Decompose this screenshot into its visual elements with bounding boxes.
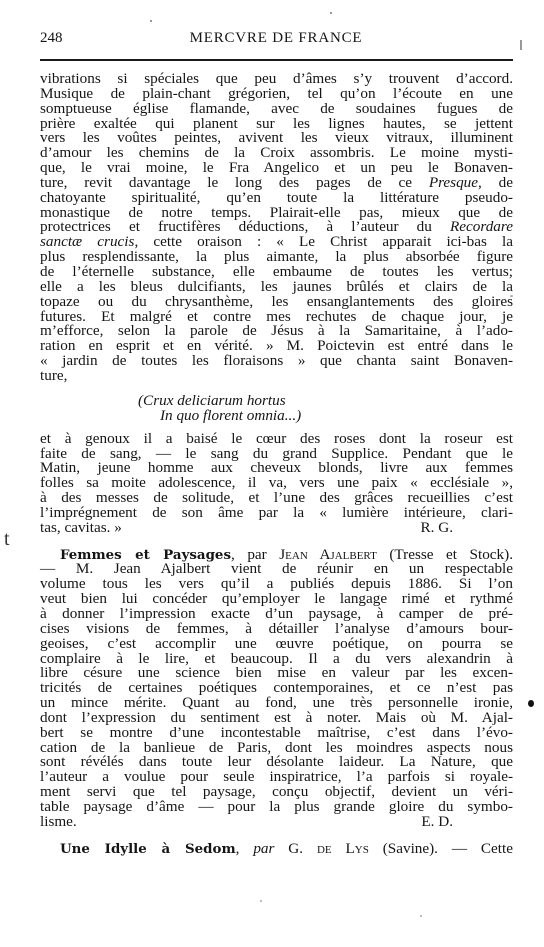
text-span: par xyxy=(253,840,274,857)
scan-speck xyxy=(510,295,513,297)
text-line: ture, xyxy=(40,369,513,384)
text-line: « jardin de toutes les floraisons » que … xyxy=(40,354,513,369)
text-span: (Savine). — Cette xyxy=(369,840,513,857)
latin-quote-line: (Crux deliciarum hortus xyxy=(40,393,513,408)
review-title: Une Idylle à Sedom xyxy=(60,841,236,857)
latin-quote-line: In quo florent omnia...) xyxy=(40,408,513,423)
scan-speck xyxy=(330,12,332,14)
handwritten-margin-mark: t xyxy=(4,528,10,551)
page-body: vibrations si spéciales que peu d’âmes s… xyxy=(40,72,513,857)
signature-rg: R. G. xyxy=(421,521,454,536)
review-author: G. de Lys xyxy=(274,840,368,857)
header-rule xyxy=(40,59,513,61)
running-title: MERCVRE DE FRANCE xyxy=(40,30,512,47)
scan-speck xyxy=(150,20,152,22)
text-span: tas, cavitas. » xyxy=(40,519,122,536)
page-header: 248 MERCVRE DE FRANCE xyxy=(40,30,512,52)
review-heading-line: Une Idylle à Sedom, par G. de Lys (Savin… xyxy=(40,842,513,857)
text-line: tas, cavitas. »R. G. xyxy=(40,521,513,536)
scan-speck xyxy=(420,915,422,917)
scan-speck xyxy=(528,700,534,707)
text-span: , xyxy=(236,840,254,857)
text-line: lisme.E. D. xyxy=(40,815,513,830)
scan-speck xyxy=(260,900,262,902)
text-span: lisme. xyxy=(40,813,77,830)
book-page: 248 MERCVRE DE FRANCE vibrations si spéc… xyxy=(0,0,544,947)
scan-speck xyxy=(520,40,522,50)
signature-ed: E. D. xyxy=(421,815,453,830)
